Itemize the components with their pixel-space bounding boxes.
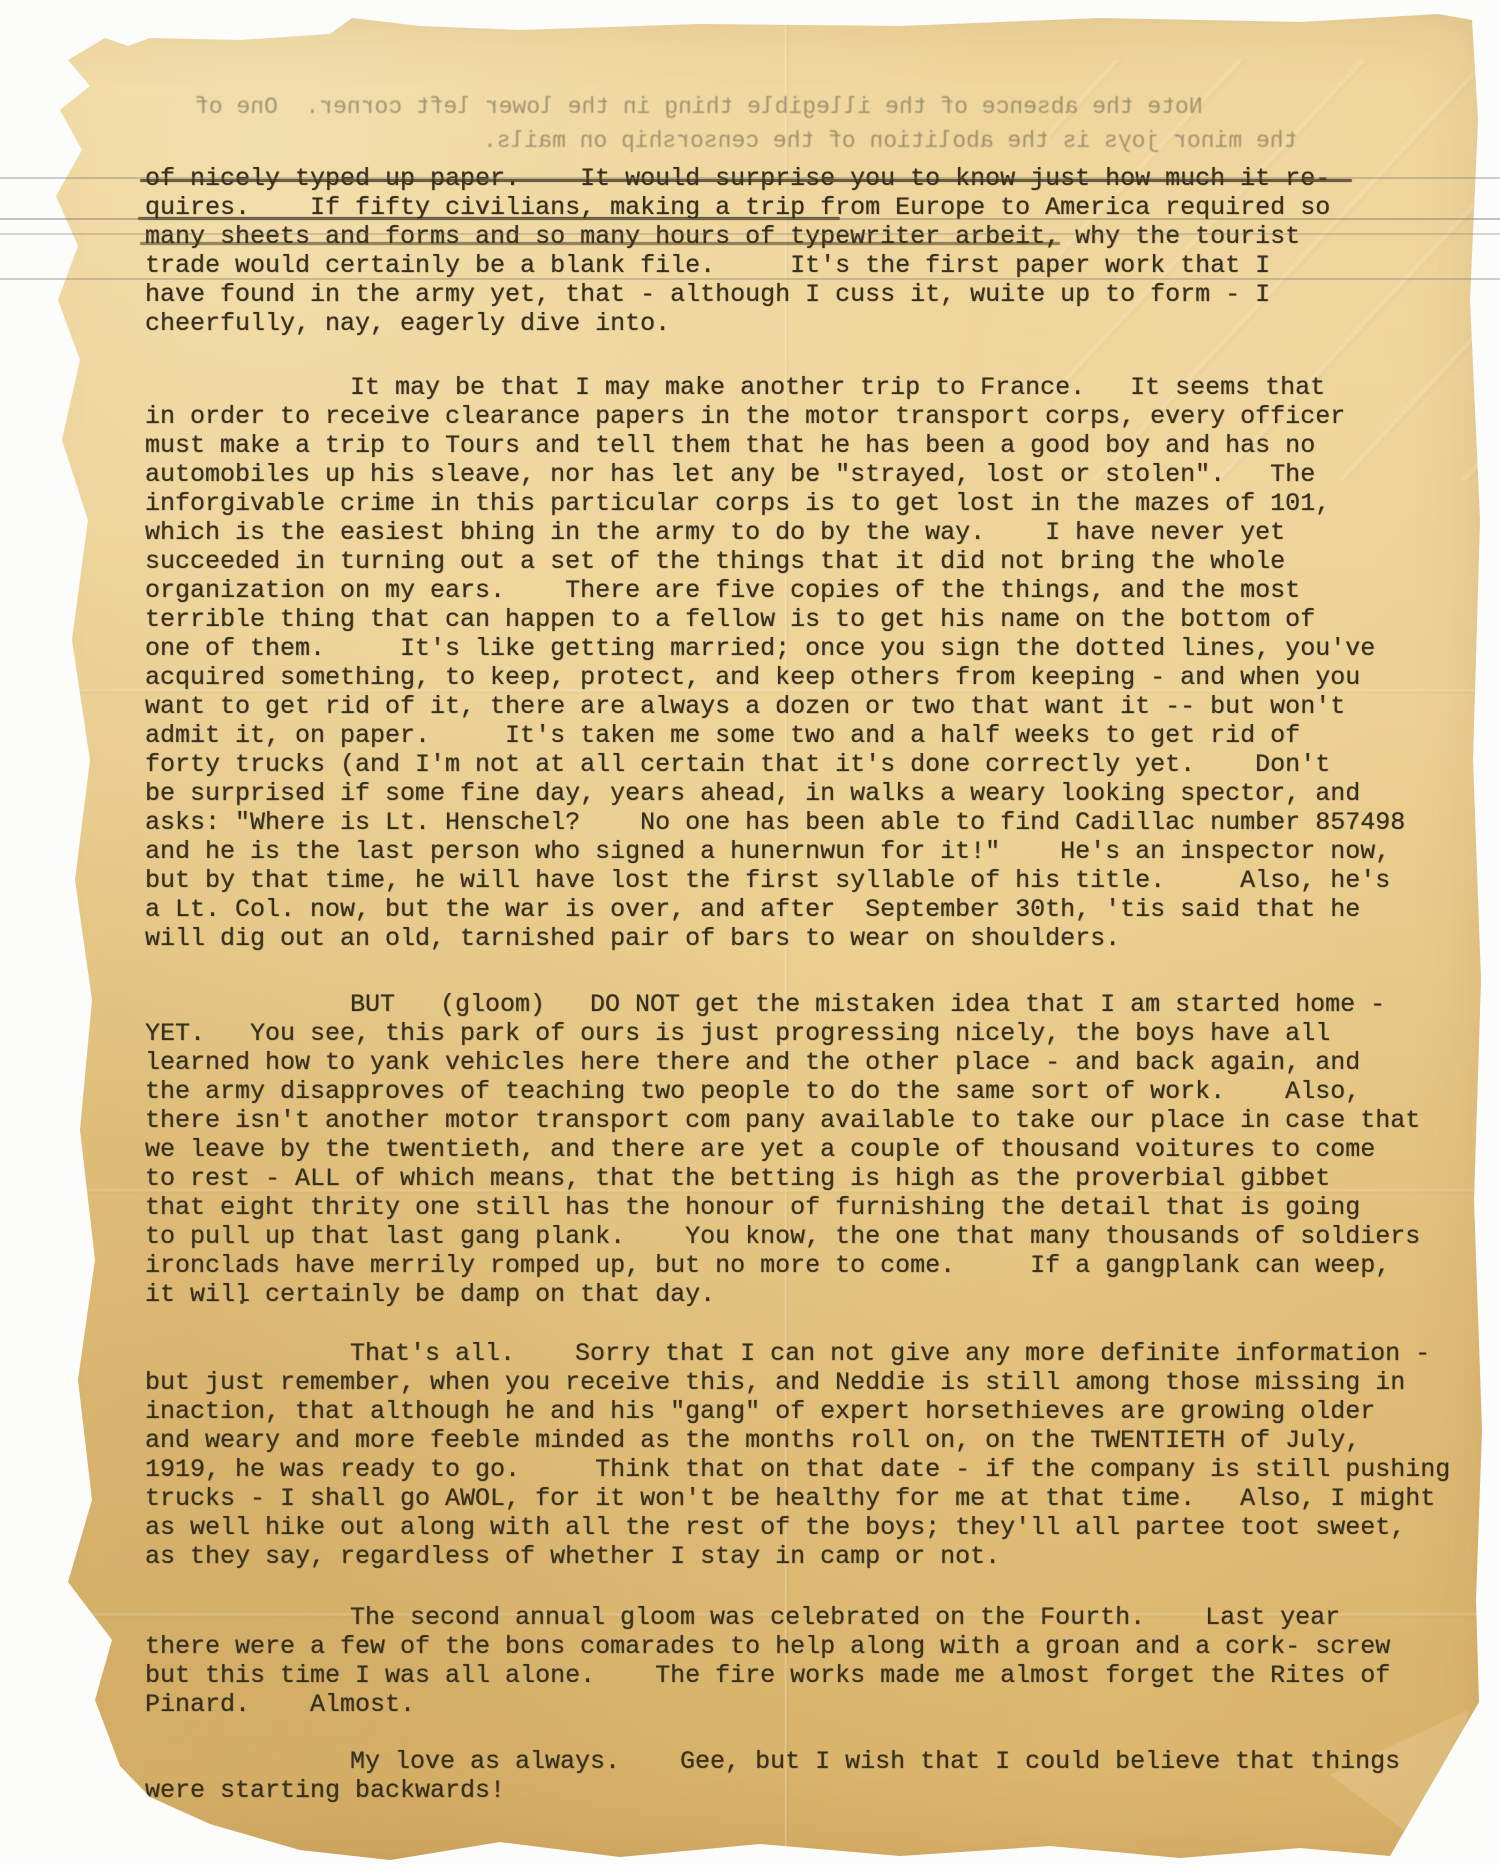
paragraph: The second annual gloom was celebrated o… — [145, 1603, 1475, 1719]
bleed-through-line: the minor joys is the abolition of the c… — [483, 128, 1297, 154]
letter-body: of nicely typed up paper. It would surpr… — [145, 164, 1475, 1805]
strikethrough-mark — [140, 242, 1060, 245]
paragraph: My love as always. Gee, but I wish that … — [145, 1747, 1475, 1805]
letter-scan: Note the absence of the illegible thing … — [0, 0, 1500, 1865]
paragraph: BUT (gloom) DO NOT get the mistaken idea… — [145, 990, 1475, 1309]
paragraph: It may be that I may make another trip t… — [145, 373, 1475, 953]
paragraph: of nicely typed up paper. It would surpr… — [145, 164, 1475, 338]
crease-line — [0, 278, 1500, 280]
crease-line — [0, 218, 1500, 220]
crease-line — [0, 177, 1500, 179]
ink-dot — [240, 1300, 244, 1304]
crease-line — [0, 233, 1500, 235]
strikethrough-mark — [140, 179, 1352, 182]
paragraph: That's all. Sorry that I can not give an… — [145, 1339, 1475, 1571]
bleed-through-line: Note the absence of the illegible thing … — [195, 94, 1203, 120]
